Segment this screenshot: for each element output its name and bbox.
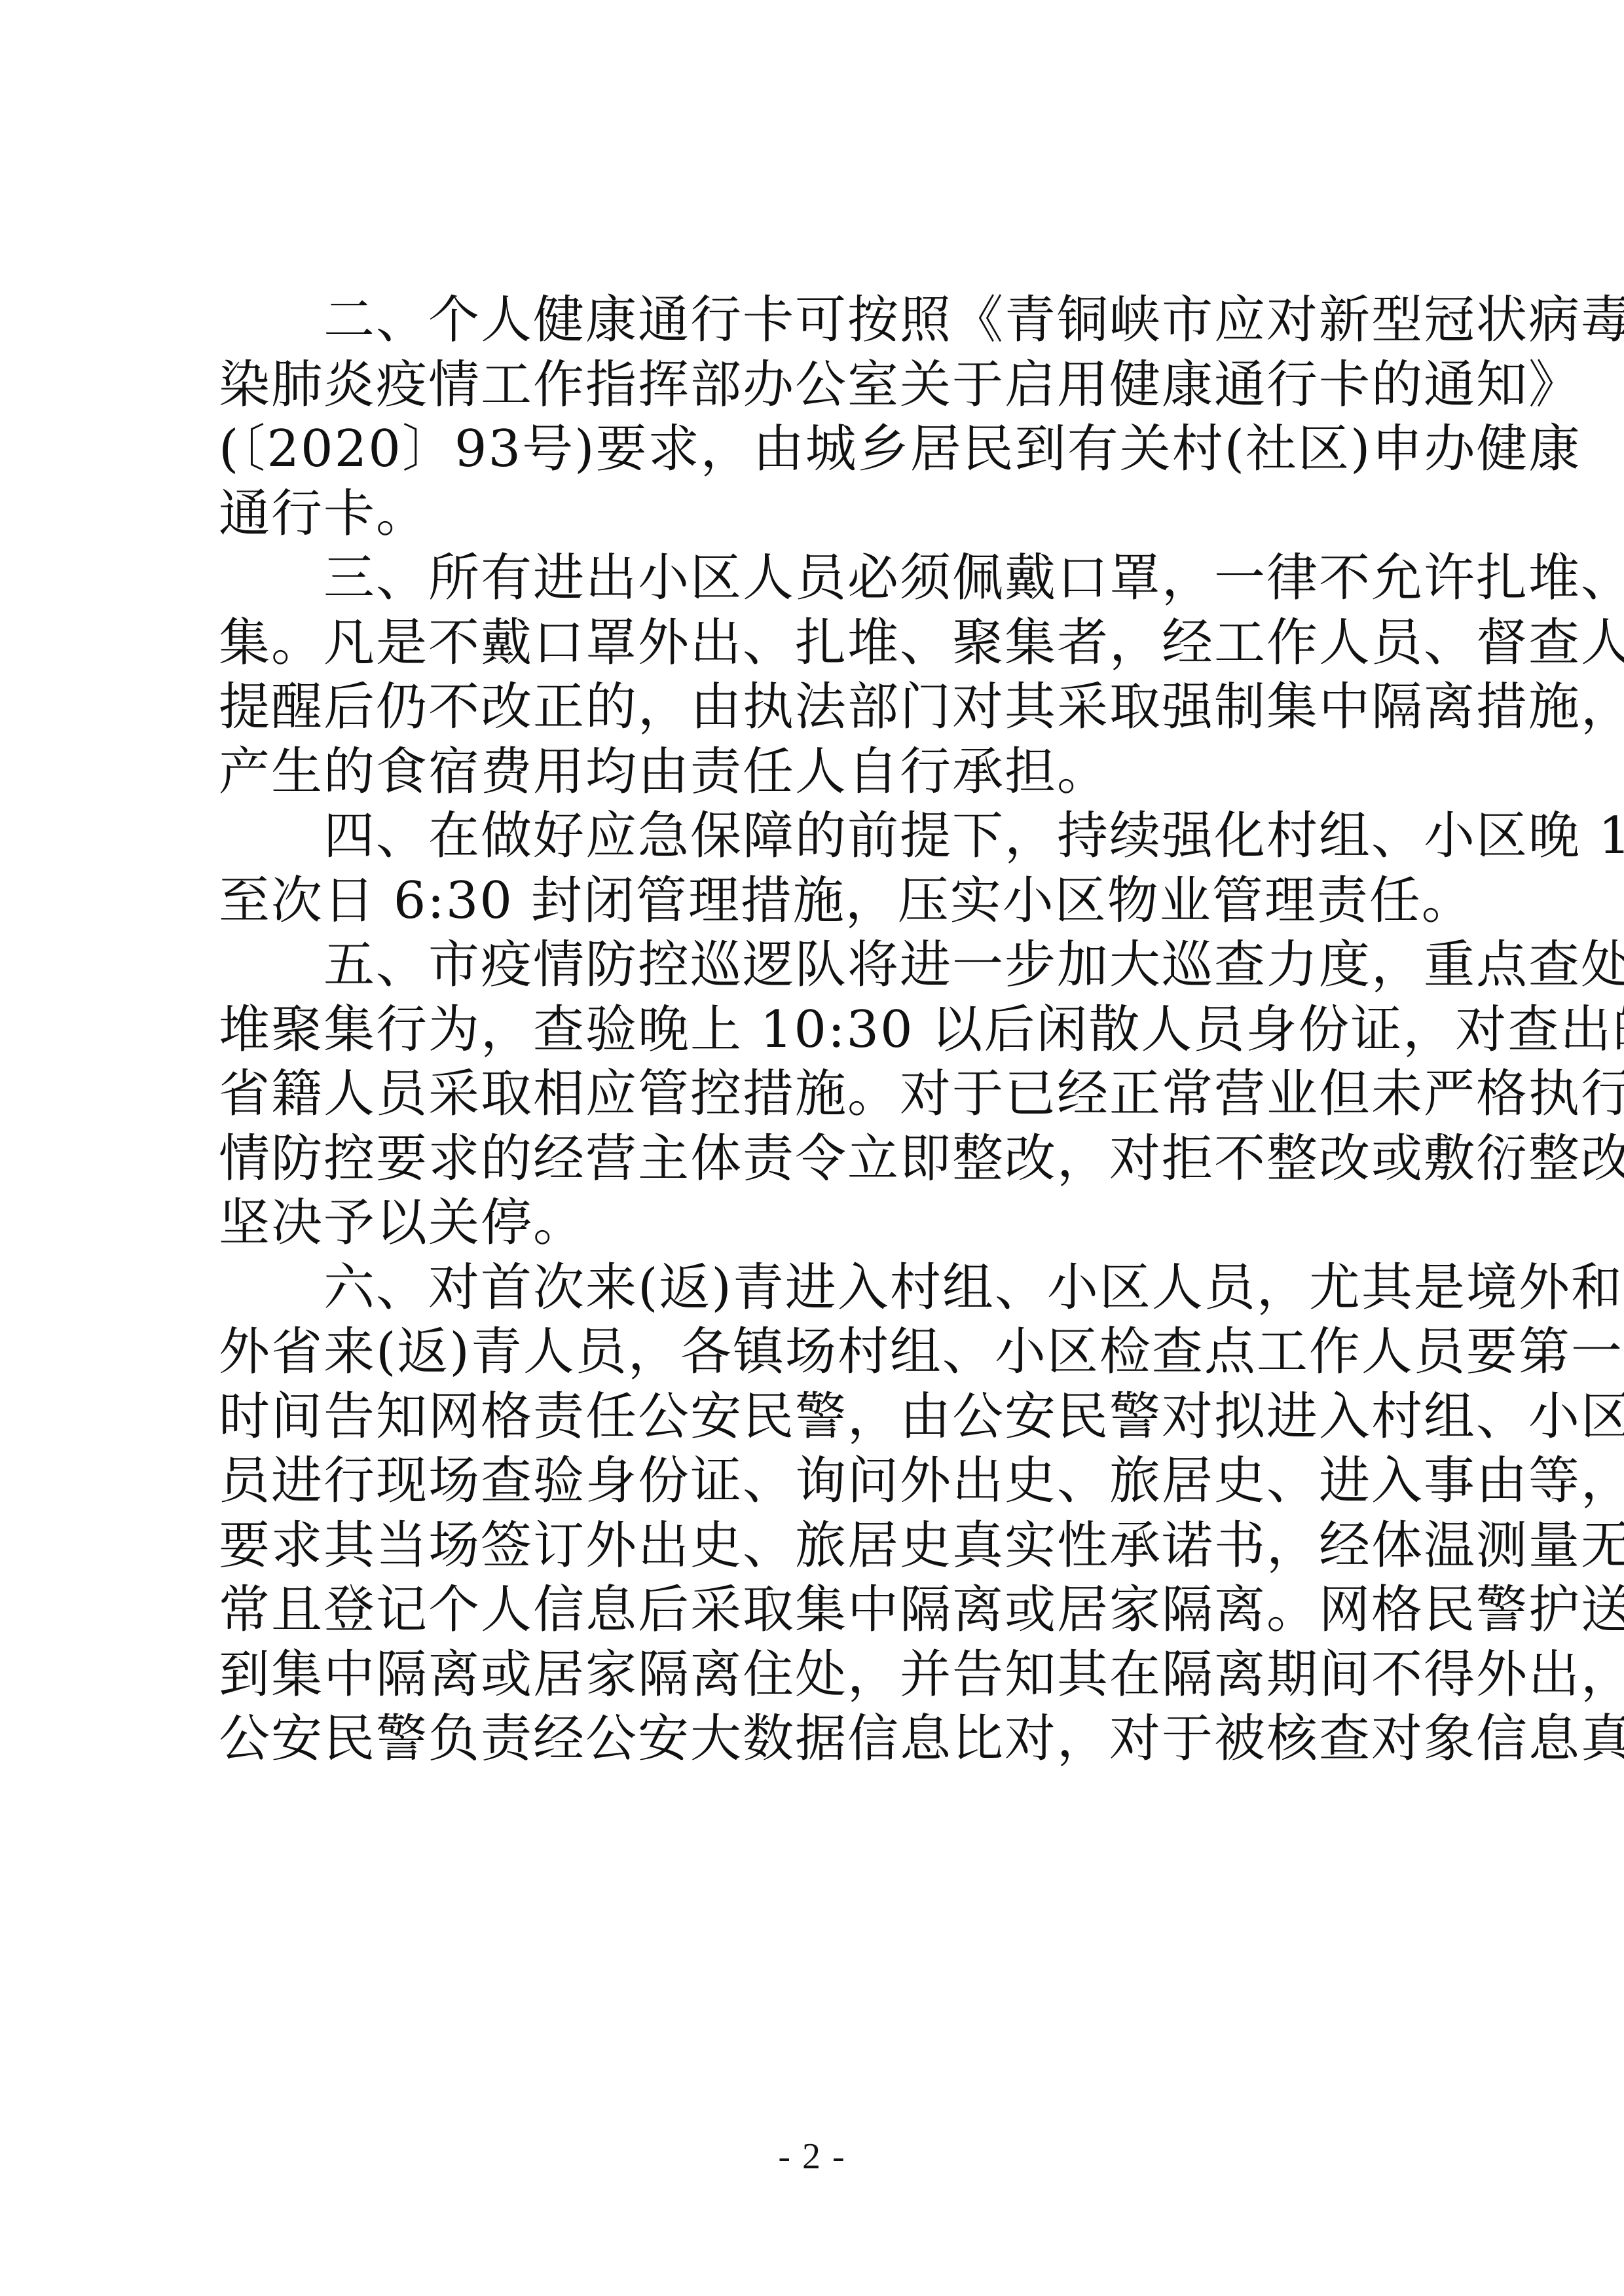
text-line: 提醒后仍不改正的，由执法部门对其采取强制集中隔离措施，所 [219,675,1424,740]
text-line: 到集中隔离或居家隔离住处，并告知其在隔离期间不得外出，由 [219,1643,1424,1707]
text-line: 五、市疫情防控巡逻队将进一步加大巡查力度，重点查处扎 [219,933,1424,998]
text-line: 三、所有进出小区人员必须佩戴口罩，一律不允许扎堆、聚 [219,546,1424,611]
text-line: 坚决予以关停。 [219,1191,1424,1256]
text-line: 通行卡。 [219,482,1424,547]
text-line: 时间告知网格责任公安民警，由公安民警对拟进入村组、小区人 [219,1385,1424,1449]
text-line: 四、在做好应急保障的前提下，持续强化村组、小区晚 10:30 [219,804,1424,869]
text-line: 公安民警负责经公安大数据信息比对，对于被核查对象信息真实 [219,1707,1424,1772]
document-page: 二、个人健康通行卡可按照《青铜峡市应对新型冠状病毒感 染肺炎疫情工作指挥部办公室… [0,0,1624,2296]
text-line: 染肺炎疫情工作指挥部办公室关于启用健康通行卡的通知》 [219,353,1424,418]
paragraph-item-2: 二、个人健康通行卡可按照《青铜峡市应对新型冠状病毒感 染肺炎疫情工作指挥部办公室… [219,288,1424,546]
page-number: - 2 - [0,2136,1624,2178]
paragraph-item-6: 六、对首次来(返)青进入村组、小区人员，尤其是境外和 外省来(返)青人员，各镇场… [219,1256,1424,1772]
text-line: 省籍人员采取相应管控措施。对于已经正常营业但未严格执行疫 [219,1062,1424,1127]
text-line: 至次日 6:30 封闭管理措施，压实小区物业管理责任。 [219,869,1424,934]
text-line: 六、对首次来(返)青进入村组、小区人员，尤其是境外和 [219,1256,1424,1321]
text-line: 集。凡是不戴口罩外出、扎堆、聚集者，经工作人员、督查人员 [219,611,1424,676]
text-line: 产生的食宿费用均由责任人自行承担。 [219,740,1424,805]
text-line: 堆聚集行为，查验晚上 10:30 以后闲散人员身份证，对查出的外 [219,998,1424,1063]
text-line: 外省来(返)青人员，各镇场村组、小区检查点工作人员要第一 [219,1320,1424,1385]
document-body: 二、个人健康通行卡可按照《青铜峡市应对新型冠状病毒感 染肺炎疫情工作指挥部办公室… [219,288,1424,1772]
paragraph-item-4: 四、在做好应急保障的前提下，持续强化村组、小区晚 10:30 至次日 6:30 … [219,804,1424,933]
text-line: (〔2020〕93号)要求，由城乡居民到有关村(社区)申办健康 [219,417,1424,482]
paragraph-item-5: 五、市疫情防控巡逻队将进一步加大巡查力度，重点查处扎 堆聚集行为，查验晚上 10… [219,933,1424,1256]
paragraph-item-3: 三、所有进出小区人员必须佩戴口罩，一律不允许扎堆、聚 集。凡是不戴口罩外出、扎堆… [219,546,1424,804]
text-line: 员进行现场查验身份证、询问外出史、旅居史、进入事由等，并 [219,1449,1424,1514]
text-line: 二、个人健康通行卡可按照《青铜峡市应对新型冠状病毒感 [219,288,1424,353]
text-line: 情防控要求的经营主体责令立即整改，对拒不整改或敷衍整改的 [219,1127,1424,1192]
text-line: 常且登记个人信息后采取集中隔离或居家隔离。网格民警护送其 [219,1578,1424,1643]
text-line: 要求其当场签订外出史、旅居史真实性承诺书，经体温测量无异 [219,1514,1424,1578]
